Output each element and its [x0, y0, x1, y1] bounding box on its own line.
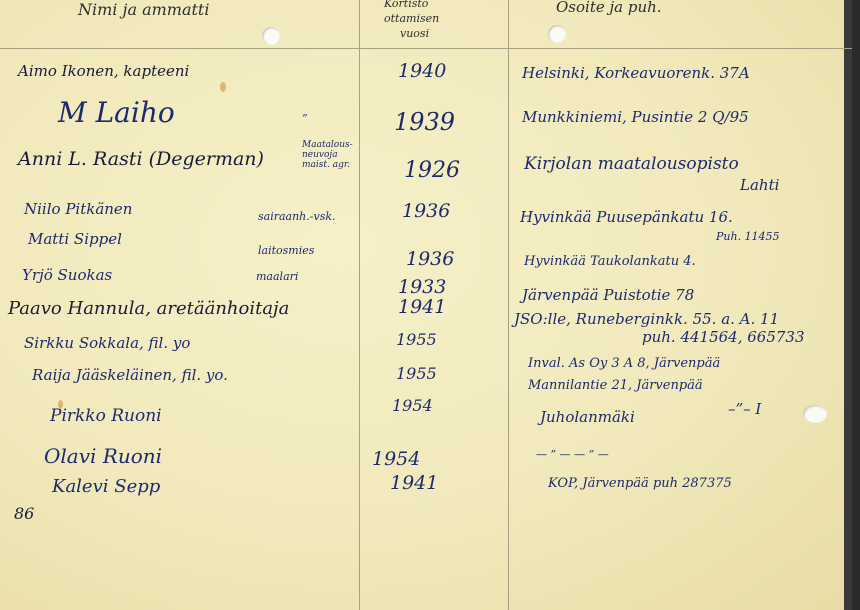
row-name: Kalevi Sepp — [52, 476, 160, 497]
row-name: Sirkku Sokkala, fil. yo — [24, 334, 190, 352]
row-year: 1926 — [404, 158, 460, 183]
row-name: Olavi Ruoni — [44, 444, 162, 468]
punch-hole — [803, 405, 827, 423]
row-title: Maatalous-neuvoja maist. agr. — [302, 140, 362, 170]
row-name: Pirkko Ruoni — [50, 406, 162, 426]
row-name: Paavo Hannula, aretäänhoitaja — [8, 298, 289, 319]
row-year: 1933 — [398, 276, 446, 298]
row-address: JSO:lle, Runeberginkk. 55. a. A. 11 — [514, 310, 779, 328]
row-year: 1941 — [390, 472, 438, 494]
row-address-2: –”– I — [728, 400, 761, 418]
row-address: Helsinki, Korkeavuorenk. 37A — [522, 64, 750, 82]
page-edge — [844, 0, 852, 610]
row-name: M Laiho — [58, 96, 175, 129]
row-title: sairaanh.-vsk. — [258, 210, 336, 223]
punch-hole — [548, 25, 566, 43]
page-number: 86 — [14, 504, 34, 523]
header-address: Osoite ja puh. — [556, 0, 662, 16]
row-year: 1936 — [406, 248, 454, 270]
row-name: Yrjö Suokas — [22, 266, 112, 284]
ledger-page: Nimi ja ammatti Kortisto ottamisen vuosi… — [0, 0, 852, 610]
row-address-2: Lahti — [740, 176, 779, 194]
row-year: 1939 — [394, 108, 455, 136]
header-rule — [0, 48, 852, 49]
header-name: Nimi ja ammatti — [78, 0, 209, 19]
row-title: maalari — [256, 270, 298, 283]
row-title: laitosmies — [258, 244, 314, 257]
row-address: Järvenpää Puistotie 78 — [522, 286, 694, 304]
row-address: Hyvinkää Puusepänkatu 16. — [520, 208, 733, 226]
row-address: Inval. As Oy 3 A 8, Järvenpää — [528, 356, 720, 371]
row-address: Hyvinkää Taukolankatu 4. — [524, 254, 696, 269]
row-year: 1954 — [392, 396, 433, 415]
row-address-2: Puh. 11455 — [716, 230, 780, 243]
row-name: Aimo Ikonen, kapteeni — [18, 62, 189, 80]
row-address: KOP, Järvenpää puh 287375 — [548, 476, 732, 491]
stain — [220, 82, 226, 92]
header-year-3: vuosi — [400, 27, 429, 40]
row-address: Juholanmäki — [540, 408, 635, 426]
header-year-1: Kortisto — [384, 0, 428, 10]
row-year: 1955 — [396, 330, 437, 349]
row-year: 1941 — [398, 296, 446, 318]
row-name: Matti Sippel — [28, 230, 122, 248]
row-address: — ” — — ” — — [536, 448, 609, 461]
row-address: Mannilantie 21, Järvenpää — [528, 378, 703, 393]
punch-hole — [262, 27, 280, 45]
row-address: Kirjolan maatalousopisto — [524, 154, 739, 174]
row-name: Niilo Pitkänen — [24, 200, 132, 218]
row-address: Munkkiniemi, Pusintie 2 Q/95 — [522, 108, 749, 126]
row-name: Raija Jääskeläinen, fil. yo. — [32, 366, 228, 384]
row-year: 1936 — [402, 200, 450, 222]
header-year-2: ottamisen — [384, 12, 439, 25]
column-divider-left — [359, 0, 360, 610]
row-year: 1940 — [398, 60, 446, 82]
column-divider-right — [508, 0, 509, 610]
row-title: ” — [302, 112, 308, 125]
row-name: Anni L. Rasti (Degerman) — [18, 148, 264, 170]
row-year: 1954 — [372, 448, 420, 470]
row-address-2: puh. 441564, 665733 — [642, 328, 805, 346]
row-year: 1955 — [396, 364, 437, 383]
